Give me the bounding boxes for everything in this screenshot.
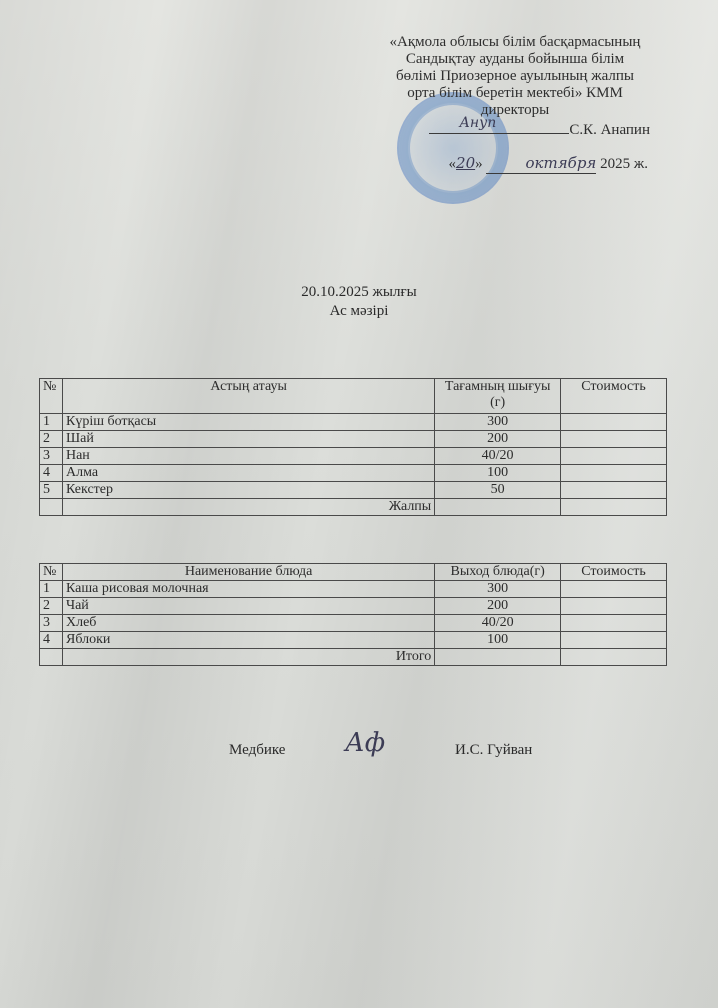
row-name: Нан (62, 448, 434, 465)
table-row: 3 Хлеб 40/20 (40, 615, 667, 632)
director-signature: Ануп (459, 115, 496, 132)
row-name: Яблоки (62, 632, 434, 649)
date-year: 2025 ж. (600, 156, 648, 172)
table-row: 3 Нан 40/20 (40, 448, 667, 465)
header-yield: Выход блюда(г) (435, 564, 561, 581)
table-total-row: Жалпы (40, 499, 667, 516)
table-row: 5 Кекстер 50 (40, 482, 667, 499)
total-num (40, 499, 63, 516)
approval-date-row: «20» октября 2025 ж. (362, 155, 668, 174)
row-num: 4 (40, 632, 63, 649)
table-row: 4 Алма 100 (40, 465, 667, 482)
header-cost: Стоимость (561, 564, 667, 581)
table-row: 2 Чай 200 (40, 598, 667, 615)
row-yield: 100 (435, 632, 561, 649)
table-total-row: Итого (40, 649, 667, 666)
nurse-role: Медбике (229, 742, 285, 759)
total-label: Жалпы (62, 499, 434, 516)
approval-line: директоры (362, 102, 668, 119)
table-header-row: № Астың атауы Тағамның шығуы (г) Стоимос… (40, 379, 667, 414)
table-row: 1 Каша рисовая молочная 300 (40, 581, 667, 598)
menu-date: 20.10.2025 жылғы (0, 283, 718, 302)
row-name: Чай (62, 598, 434, 615)
approval-line: Сандықтау ауданы бойынша білім (362, 51, 668, 68)
row-yield: 40/20 (435, 448, 561, 465)
row-name: Каша рисовая молочная (62, 581, 434, 598)
row-num: 5 (40, 482, 63, 499)
row-name: Шай (62, 431, 434, 448)
director-name: С.К. Анапин (569, 122, 650, 138)
row-yield: 100 (435, 465, 561, 482)
row-name: Кекстер (62, 482, 434, 499)
total-label: Итого (62, 649, 434, 666)
signature-line: Ануп (429, 119, 569, 134)
nurse-name: И.С. Гуйван (455, 742, 532, 759)
row-yield: 300 (435, 414, 561, 431)
row-name: Хлеб (62, 615, 434, 632)
row-cost (561, 414, 667, 431)
table-row: 4 Яблоки 100 (40, 632, 667, 649)
total-yield (435, 499, 561, 516)
date-month-line: октября (486, 155, 596, 174)
bleed-through-text (30, 6, 340, 166)
document-title: 20.10.2025 жылғы Ас мәзірі (0, 283, 718, 321)
menu-title: Ас мәзірі (0, 302, 718, 321)
director-signature-row: Ануп С.К. Анапин (362, 119, 668, 139)
bleed-through-text (220, 220, 390, 260)
row-name: Алма (62, 465, 434, 482)
header-yield: Тағамның шығуы (г) (435, 379, 561, 414)
row-num: 1 (40, 581, 63, 598)
table-row: 1 Күріш ботқасы 300 (40, 414, 667, 431)
row-name: Күріш ботқасы (62, 414, 434, 431)
header-name: Астың атауы (62, 379, 434, 414)
row-cost (561, 598, 667, 615)
header-num: № (40, 564, 63, 581)
row-yield: 50 (435, 482, 561, 499)
row-num: 3 (40, 448, 63, 465)
date-day: 20 (456, 154, 475, 172)
total-cost (561, 499, 667, 516)
approval-block: «Ақмола облысы білім басқармасының Санды… (362, 34, 668, 174)
nurse-signature: Аф (345, 728, 385, 758)
row-yield: 200 (435, 431, 561, 448)
row-cost (561, 448, 667, 465)
row-num: 3 (40, 615, 63, 632)
table-header-row: № Наименование блюда Выход блюда(г) Стои… (40, 564, 667, 581)
header-num: № (40, 379, 63, 414)
date-month: октября (526, 154, 597, 172)
row-cost (561, 482, 667, 499)
row-cost (561, 581, 667, 598)
row-num: 2 (40, 598, 63, 615)
approval-line: «Ақмола облысы білім басқармасының (362, 34, 668, 51)
row-cost (561, 431, 667, 448)
row-cost (561, 632, 667, 649)
row-num: 2 (40, 431, 63, 448)
row-num: 4 (40, 465, 63, 482)
row-num: 1 (40, 414, 63, 431)
menu-table-kazakh: № Астың атауы Тағамның шығуы (г) Стоимос… (39, 378, 667, 516)
table-row: 2 Шай 200 (40, 431, 667, 448)
header-cost: Стоимость (561, 379, 667, 414)
row-yield: 40/20 (435, 615, 561, 632)
row-cost (561, 615, 667, 632)
header-name: Наименование блюда (62, 564, 434, 581)
row-yield: 200 (435, 598, 561, 615)
approval-line: бөлімі Приозерное ауылының жалпы (362, 68, 668, 85)
total-yield (435, 649, 561, 666)
total-num (40, 649, 63, 666)
total-cost (561, 649, 667, 666)
row-cost (561, 465, 667, 482)
menu-table-russian: № Наименование блюда Выход блюда(г) Стои… (39, 563, 667, 666)
row-yield: 300 (435, 581, 561, 598)
approval-line: орта білім беретін мектебі» КММ (362, 85, 668, 102)
